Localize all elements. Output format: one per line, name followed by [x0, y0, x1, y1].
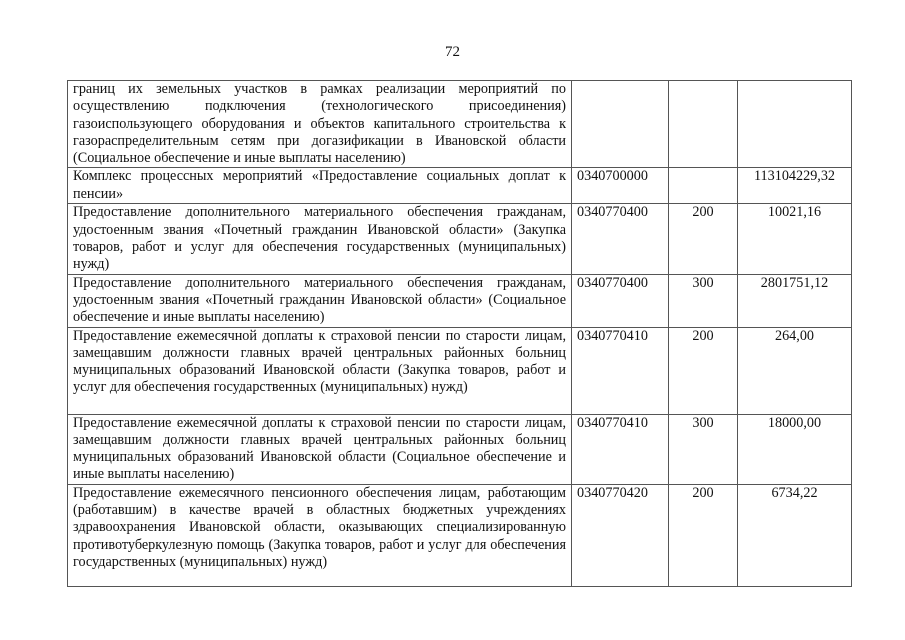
- row-expense-type: 200: [669, 327, 738, 414]
- row-target-code: [572, 81, 669, 168]
- table-row: Комплекс процессных мероприятий «Предост…: [68, 168, 852, 204]
- page-number: 72: [0, 43, 905, 61]
- row-description: Предоставление дополнительного материаль…: [68, 204, 572, 274]
- row-expense-type: 200: [669, 484, 738, 586]
- row-amount: 264,00: [738, 327, 852, 414]
- row-amount: 2801751,12: [738, 274, 852, 327]
- row-expense-type: 300: [669, 274, 738, 327]
- row-amount: 10021,16: [738, 204, 852, 274]
- row-expense-type: [669, 81, 738, 168]
- row-expense-type: 300: [669, 414, 738, 484]
- row-target-code: 0340770410: [572, 327, 669, 414]
- row-description: границ их земельных участков в рамках ре…: [68, 81, 572, 168]
- row-description: Комплекс процессных мероприятий «Предост…: [68, 168, 572, 204]
- row-target-code: 0340770420: [572, 484, 669, 586]
- row-expense-type: [669, 168, 738, 204]
- row-amount: 113104229,32: [738, 168, 852, 204]
- table-row: Предоставление дополнительного материаль…: [68, 204, 852, 274]
- row-expense-type: 200: [669, 204, 738, 274]
- row-description: Предоставление ежемесячной доплаты к стр…: [68, 414, 572, 484]
- row-description: Предоставление ежемесячного пенсионного …: [68, 484, 572, 586]
- table-row: Предоставление ежемесячной доплаты к стр…: [68, 327, 852, 414]
- row-amount: 6734,22: [738, 484, 852, 586]
- table-row: Предоставление дополнительного материаль…: [68, 274, 852, 327]
- row-amount: [738, 81, 852, 168]
- row-target-code: 0340770400: [572, 274, 669, 327]
- row-description: Предоставление дополнительного материаль…: [68, 274, 572, 327]
- table-row: Предоставление ежемесячной доплаты к стр…: [68, 414, 852, 484]
- table-row: границ их земельных участков в рамках ре…: [68, 81, 852, 168]
- row-target-code: 0340770410: [572, 414, 669, 484]
- row-description: Предоставление ежемесячной доплаты к стр…: [68, 327, 572, 414]
- row-target-code: 0340770400: [572, 204, 669, 274]
- row-amount: 18000,00: [738, 414, 852, 484]
- budget-table: границ их земельных участков в рамках ре…: [67, 80, 852, 587]
- table-row: Предоставление ежемесячного пенсионного …: [68, 484, 852, 586]
- row-target-code: 0340700000: [572, 168, 669, 204]
